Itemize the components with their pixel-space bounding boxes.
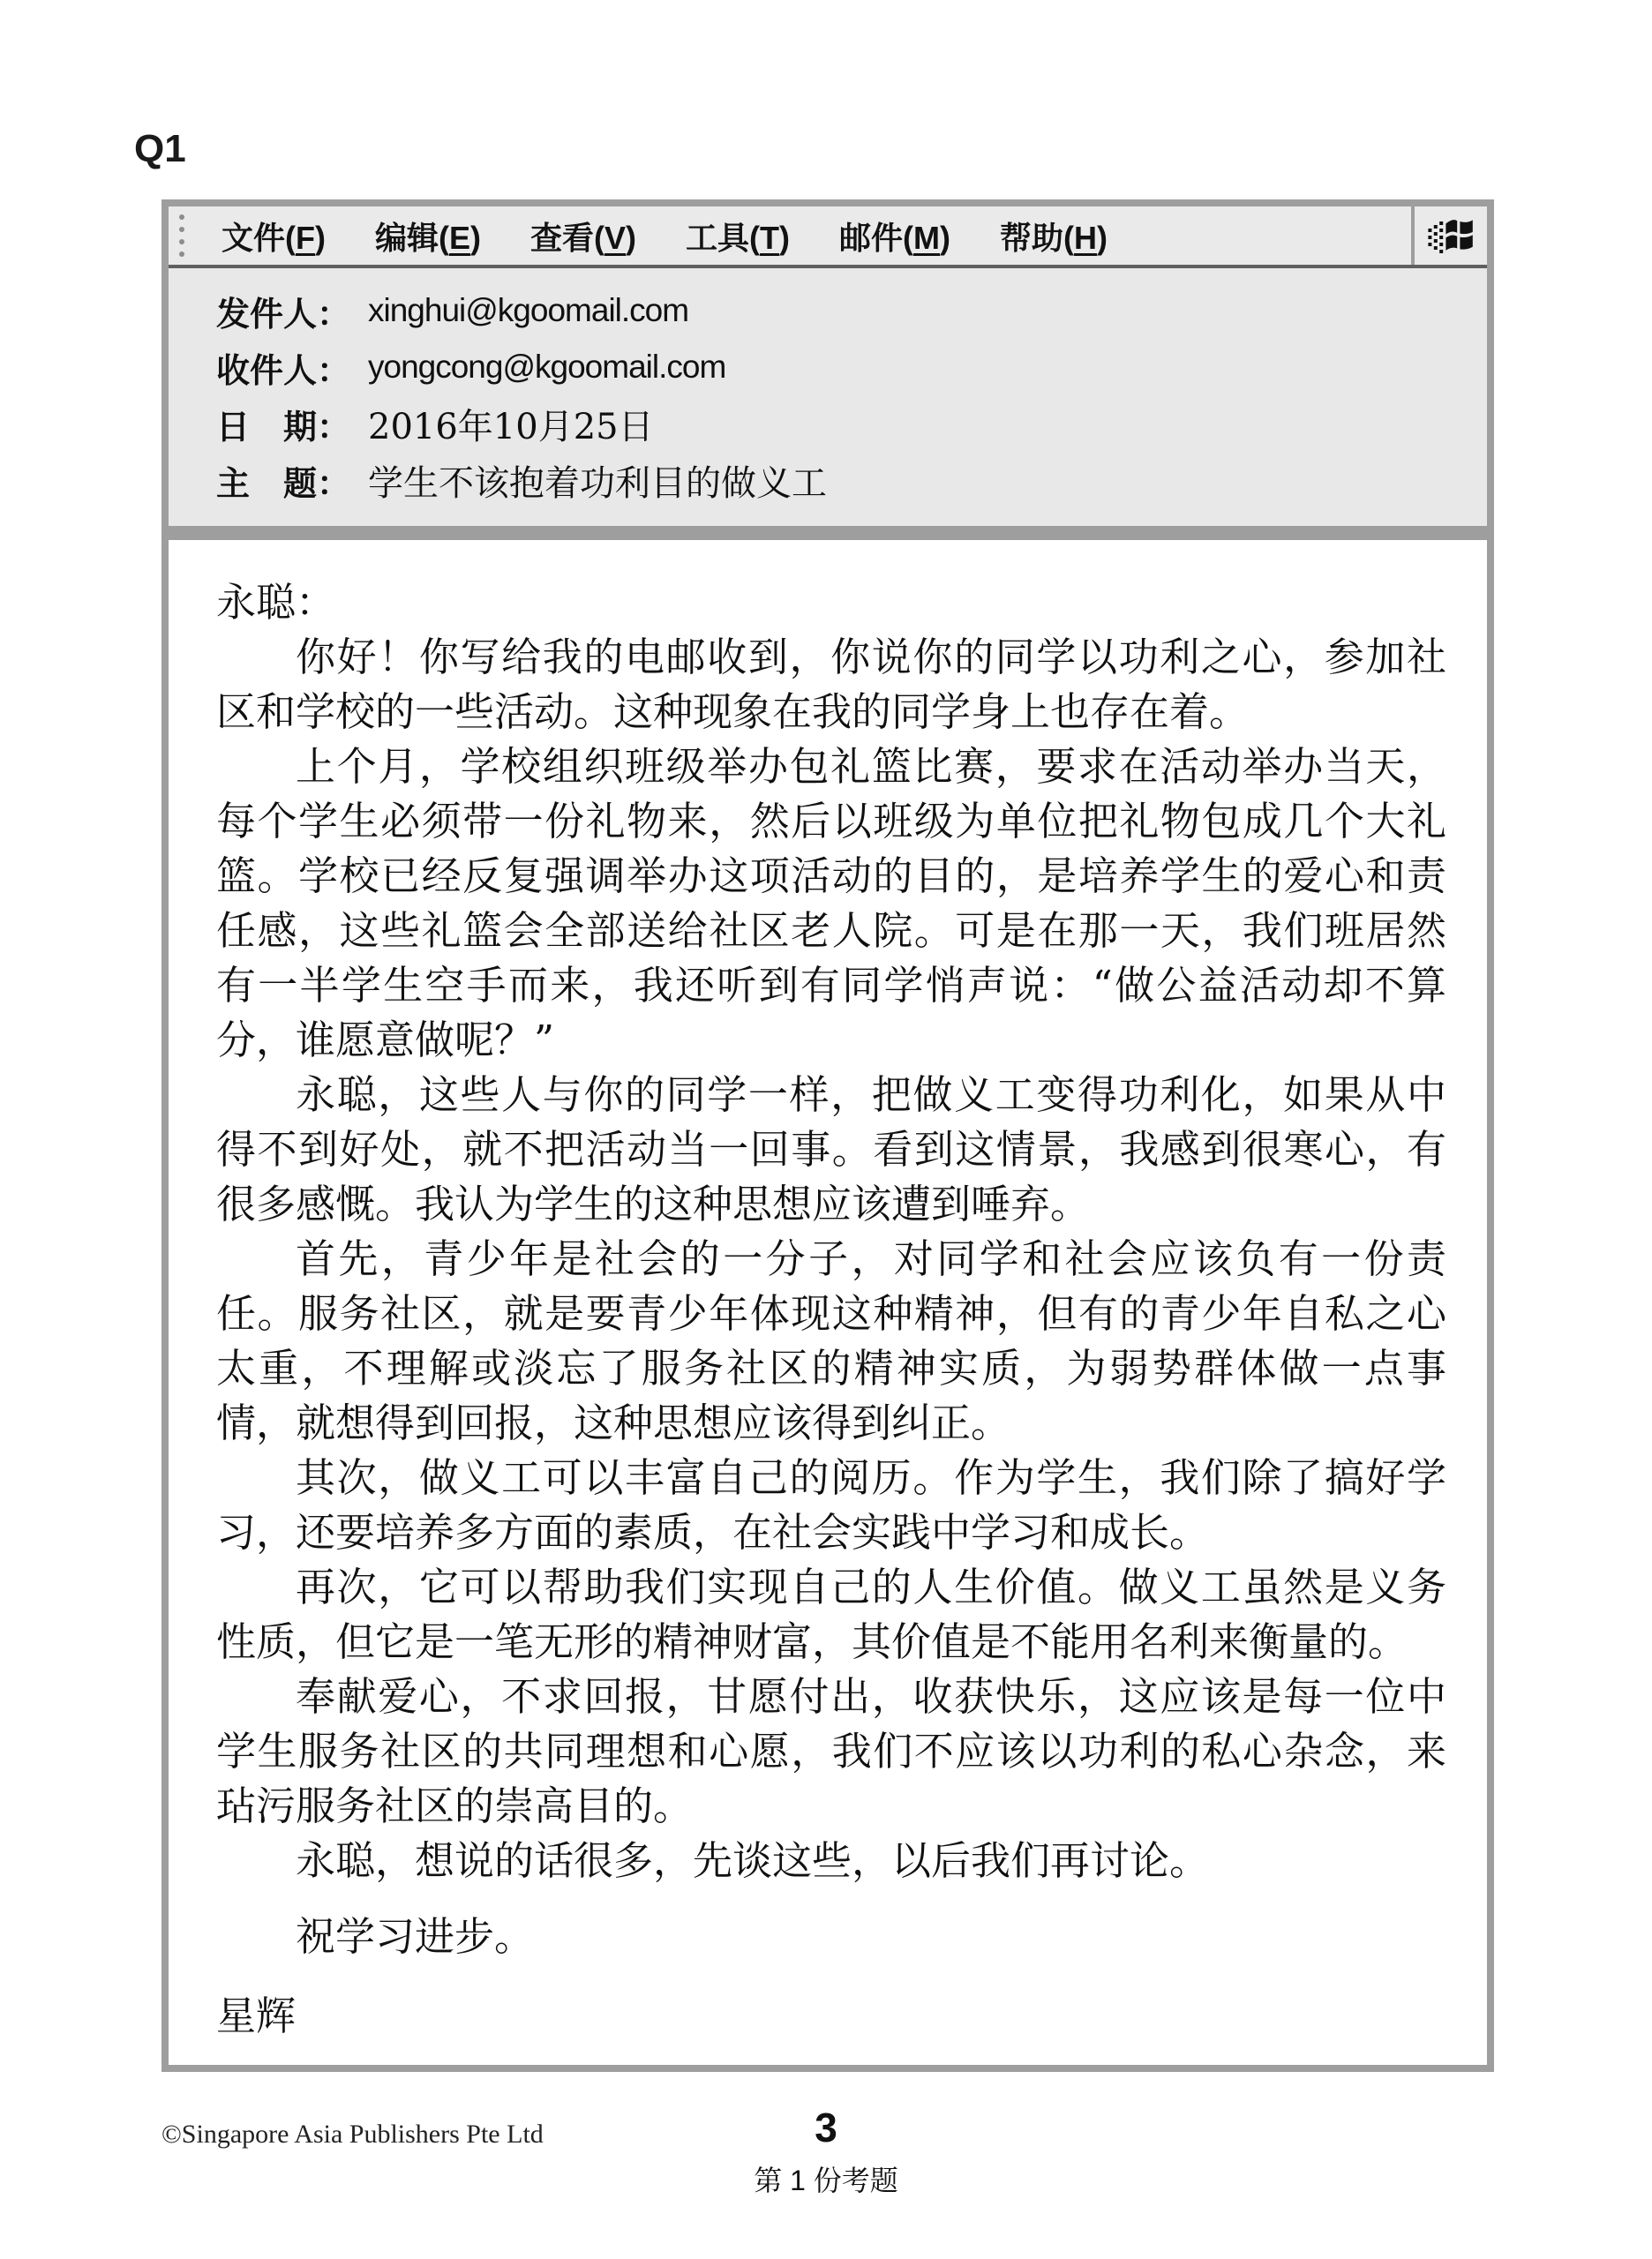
email-body-paragraph: 你好！你写给我的电邮收到，你说你的同学以功利之心，参加社区和学校的一些活动。这种… bbox=[216, 630, 1446, 739]
menu-item-label: 文件( bbox=[222, 220, 296, 256]
exam-page: Q1 文件(F) 编辑(E) 查看(V) 工具(T) 邮件(M) 帮助(H) bbox=[0, 0, 1652, 2259]
subject-value: 学生不该抱着功利目的做义工 bbox=[368, 455, 827, 506]
date-label: 日 期： bbox=[216, 400, 368, 448]
from-value: xinghui@kgoomail.com bbox=[368, 292, 688, 329]
menu-item-edit[interactable]: 编辑(E) bbox=[375, 214, 481, 259]
question-label: Q1 bbox=[134, 127, 186, 171]
header-row-date: 日 期： 2016年10月25日 bbox=[216, 395, 1452, 452]
menu-item-help[interactable]: 帮助(H) bbox=[1000, 214, 1108, 259]
header-row-subject: 主 题： 学生不该抱着功利目的做义工 bbox=[216, 452, 1452, 508]
menu-item-mail[interactable]: 邮件(M) bbox=[839, 214, 950, 259]
menu-item-label-close: ) bbox=[470, 220, 481, 256]
to-value: yongcong@kgoomail.com bbox=[368, 349, 725, 386]
menu-bar: 文件(F) 编辑(E) 查看(V) 工具(T) 邮件(M) 帮助(H) bbox=[169, 206, 1487, 268]
email-headers: 发件人： xinghui@kgoomail.com 收件人： yongcong@… bbox=[169, 268, 1487, 526]
menu-items: 文件(F) 编辑(E) 查看(V) 工具(T) 邮件(M) 帮助(H) bbox=[222, 214, 1108, 259]
menu-item-accesskey: E bbox=[449, 220, 470, 256]
menu-item-label-close: ) bbox=[779, 220, 790, 256]
menu-item-accesskey: M bbox=[913, 220, 940, 256]
date-value: 2016年10月25日 bbox=[368, 399, 654, 449]
menu-item-accesskey: V bbox=[604, 220, 626, 256]
menu-item-label: 邮件( bbox=[839, 220, 913, 256]
email-body-paragraph: 其次，做义工可以丰富自己的阅历。作为学生，我们除了搞好学习，还要培养多方面的素质… bbox=[216, 1451, 1446, 1560]
windows-logo-cell bbox=[1411, 206, 1487, 265]
email-body-paragraph: 永聪，这些人与你的同学一样，把做义工变得功利化，如果从中得不到好处，就不把活动当… bbox=[216, 1068, 1446, 1232]
menu-item-tools[interactable]: 工具(T) bbox=[686, 214, 790, 259]
menu-item-label: 工具( bbox=[686, 220, 760, 256]
menu-item-label: 帮助( bbox=[1000, 220, 1074, 256]
menu-item-file[interactable]: 文件(F) bbox=[222, 214, 326, 259]
menu-item-view[interactable]: 查看(V) bbox=[530, 214, 636, 259]
email-body-paragraph: 奉献爱心，不求回报，甘愿付出，收获快乐，这应该是每一位中学生服务社区的共同理想和… bbox=[216, 1670, 1446, 1834]
menu-item-label-close: ) bbox=[315, 220, 326, 256]
salutation: 永聪： bbox=[216, 575, 1446, 630]
menu-item-label-close: ) bbox=[626, 220, 636, 256]
email-window: 文件(F) 编辑(E) 查看(V) 工具(T) 邮件(M) 帮助(H) bbox=[161, 199, 1494, 2072]
menu-item-label-close: ) bbox=[1097, 220, 1108, 256]
email-body-paragraph: 上个月，学校组织班级举办包礼篮比赛，要求在活动举办当天，每个学生必须带一份礼物来… bbox=[216, 739, 1446, 1068]
from-label: 发件人： bbox=[216, 287, 368, 335]
email-body-paragraph: 永聪，想说的话很多，先谈这些，以后我们再讨论。 bbox=[216, 1834, 1446, 1888]
menu-item-label: 编辑( bbox=[375, 220, 449, 256]
email-body-paragraph: 再次，它可以帮助我们实现自己的人生价值。做义工虽然是义务性质，但它是一笔无形的精… bbox=[216, 1560, 1446, 1670]
subject-label: 主 题： bbox=[216, 456, 368, 505]
email-window-top-frame: 文件(F) 编辑(E) 查看(V) 工具(T) 邮件(M) 帮助(H) bbox=[161, 199, 1494, 533]
menu-item-label: 查看( bbox=[530, 220, 604, 256]
signature: 星辉 bbox=[216, 1989, 1446, 2044]
drag-handle-icon[interactable] bbox=[179, 214, 184, 257]
closing-line: 祝学习进步。 bbox=[216, 1910, 1446, 1964]
email-body-paragraph: 首先，青少年是社会的一分子，对同学和社会应该负有一份责任。服务社区，就是要青少年… bbox=[216, 1232, 1446, 1451]
header-row-to: 收件人： yongcong@kgoomail.com bbox=[216, 339, 1452, 395]
email-body: 永聪： 你好！你写给我的电邮收到，你说你的同学以功利之心，参加社区和学校的一些活… bbox=[161, 533, 1494, 2072]
menu-item-label-close: ) bbox=[940, 220, 950, 256]
menu-item-accesskey: H bbox=[1074, 220, 1097, 256]
menu-item-accesskey: F bbox=[296, 220, 315, 256]
header-row-from: 发件人： xinghui@kgoomail.com bbox=[216, 282, 1452, 339]
paper-set-label: 第 1 份考题 bbox=[0, 2158, 1652, 2199]
windows-logo-icon bbox=[1426, 214, 1476, 258]
page-number: 3 bbox=[0, 2104, 1652, 2151]
menu-item-accesskey: T bbox=[760, 220, 779, 256]
to-label: 收件人： bbox=[216, 343, 368, 392]
